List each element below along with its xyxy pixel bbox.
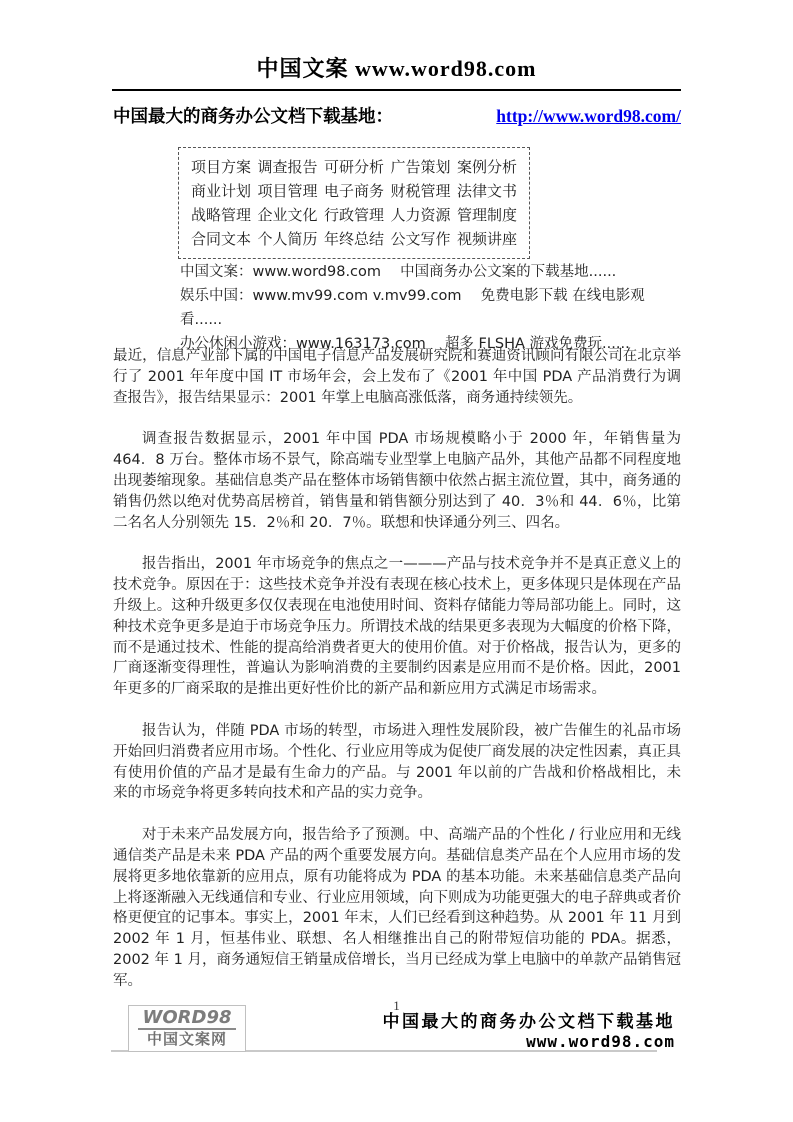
logo-cn-text: 中国文案网 (147, 1030, 227, 1048)
word98-logo: WORD98 中国文案网 (128, 1005, 246, 1052)
download-base-line: 中国最大的商务办公文档下载基地： http://www.word98.com/ (113, 103, 681, 128)
category-item: 个人简历 (257, 227, 317, 251)
body-paragraph: 报告认为，伴随 PDA 市场的转型，市场进入理性发展阶段，被广告催生的礼品市场开… (113, 721, 681, 804)
word98-link[interactable]: http://www.word98.com/ (496, 106, 681, 127)
article-body: 最近，信息产业部下属的中国电子信息产品发展研究院和赛迪资讯顾问有限公司在北京举行… (113, 346, 681, 1013)
category-item: 视频讲座 (457, 227, 517, 251)
category-item: 人力资源 (390, 203, 450, 227)
category-item: 商业计划 (191, 179, 251, 203)
category-row: 商业计划 项目管理 电子商务 财税管理 法律文书 (191, 179, 517, 203)
category-item: 调查报告 (257, 155, 317, 179)
body-paragraph: 最近，信息产业部下属的中国电子信息产品发展研究院和赛迪资讯顾问有限公司在北京举行… (113, 346, 681, 408)
category-item: 财税管理 (390, 179, 450, 203)
document-page: 中国文案 www.word98.com 中国最大的商务办公文档下载基地： htt… (0, 0, 793, 1122)
promo-line-mv99: 娱乐中国：www.mv99.com v.mv99.com 免费电影下载 在线电影… (180, 284, 680, 332)
promo-block: 中国文案：www.word98.com 中国商务办公文案的下载基地...... … (180, 260, 680, 356)
footer-site-url: www.word98.com (383, 1032, 676, 1052)
category-item: 合同文本 (191, 227, 251, 251)
category-item: 企业文化 (257, 203, 317, 227)
category-item: 战略管理 (191, 203, 251, 227)
category-item: 管理制度 (457, 203, 517, 227)
page-header-title: 中国文案 www.word98.com (112, 52, 681, 83)
category-item: 广告策划 (390, 155, 450, 179)
category-item: 项目方案 (191, 155, 251, 179)
category-item: 行政管理 (324, 203, 384, 227)
category-item: 年终总结 (324, 227, 384, 251)
category-item: 项目管理 (257, 179, 317, 203)
body-paragraph: 调查报告数据显示，2001 年中国 PDA 市场规模略小于 2000 年，年销售… (113, 429, 681, 533)
category-row: 战略管理 企业文化 行政管理 人力资源 管理制度 (191, 203, 517, 227)
footer-site-title: 中国最大的商务办公文档下载基地 (383, 1012, 676, 1032)
category-box: 项目方案 调查报告 可研分析 广告策划 案例分析 商业计划 项目管理 电子商务 … (178, 147, 530, 259)
body-paragraph: 报告指出，2001 年市场竞争的焦点之一———产品与技术竞争并不是真正意义上的技… (113, 554, 681, 700)
body-paragraph: 对于未来产品发展方向，报告给予了预测。中、高端产品的个性化 / 行业应用和无线通… (113, 825, 681, 991)
category-item: 案例分析 (457, 155, 517, 179)
footer-site-info: 中国最大的商务办公文档下载基地 www.word98.com (383, 1012, 676, 1052)
category-item: 公文写作 (390, 227, 450, 251)
category-item: 法律文书 (457, 179, 517, 203)
promo-line-word98: 中国文案：www.word98.com 中国商务办公文案的下载基地...... (180, 260, 680, 284)
category-item: 电子商务 (324, 179, 384, 203)
download-base-label: 中国最大的商务办公文档下载基地： (113, 103, 393, 128)
category-item: 可研分析 (324, 155, 384, 179)
header-divider (112, 89, 681, 91)
category-row: 合同文本 个人简历 年终总结 公文写作 视频讲座 (191, 227, 517, 251)
category-row: 项目方案 调查报告 可研分析 广告策划 案例分析 (191, 155, 517, 179)
logo-word98-text: WORD98 (138, 1009, 235, 1030)
